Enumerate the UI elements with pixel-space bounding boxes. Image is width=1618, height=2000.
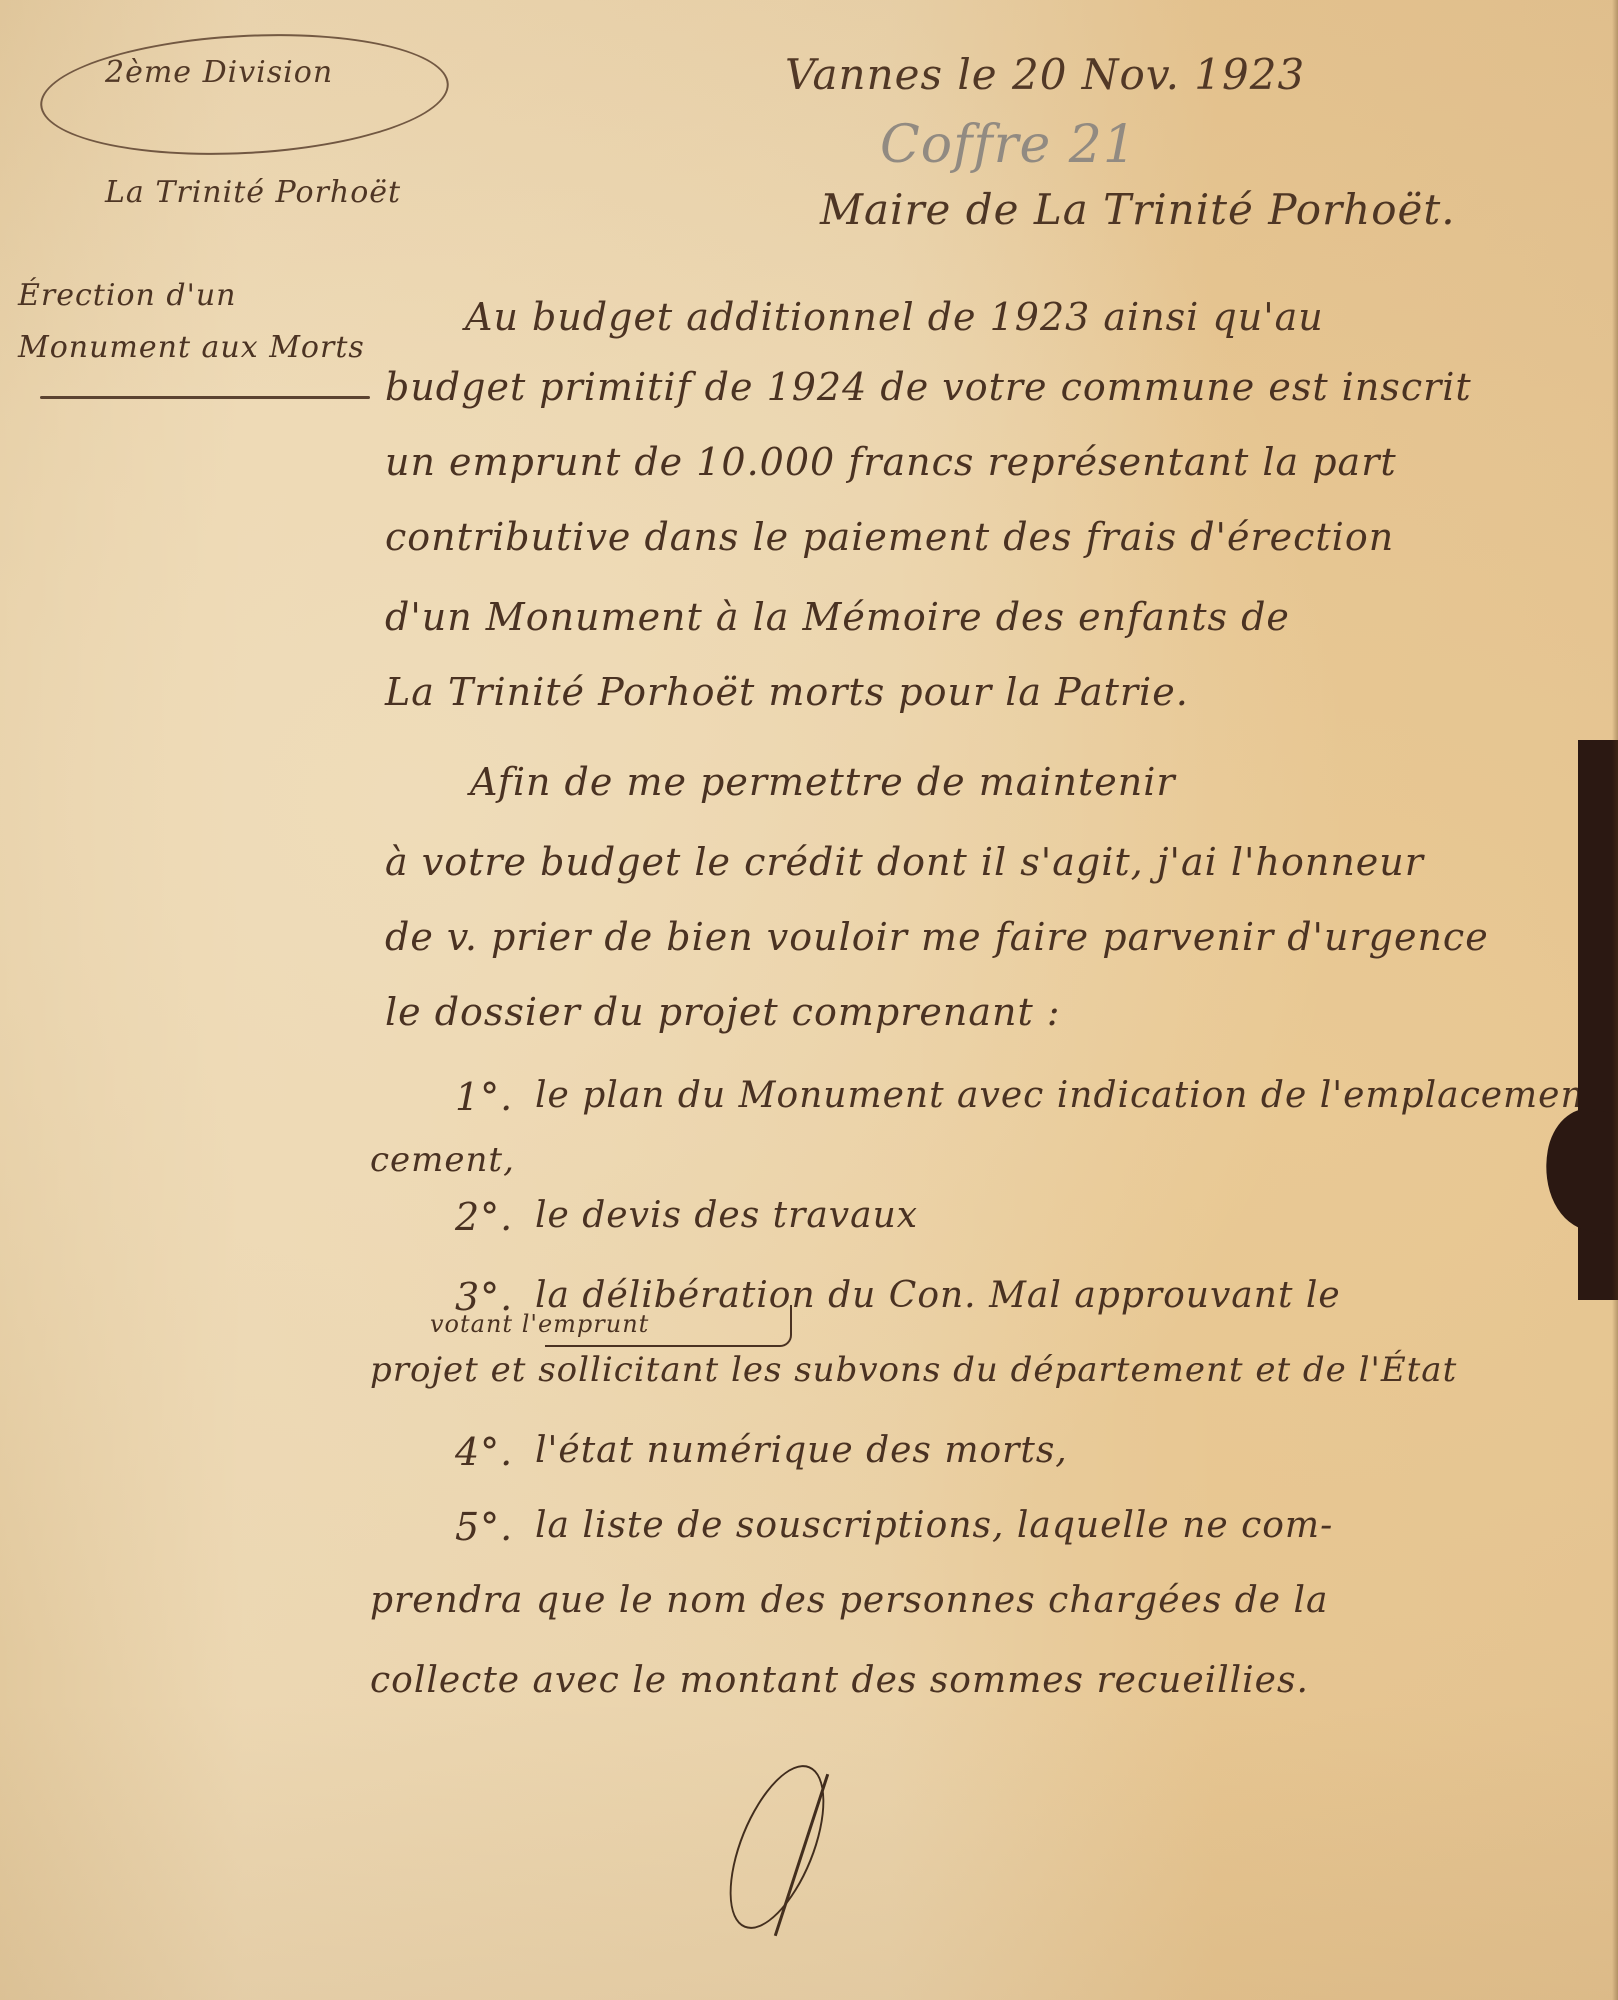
letter-page: 2ème Division La Trinité Porhoët Érectio…: [0, 0, 1618, 2000]
list-item-5-text: la liste de souscriptions, laquelle ne c…: [535, 1505, 1333, 1546]
page-edge-shadow: [1612, 0, 1618, 2000]
body-line: budget primitif de 1924 de votre commune…: [385, 365, 1472, 409]
list-item-3-continuation: projet et sollicitant les subvons du dép…: [370, 1350, 1457, 1390]
division-oval: [37, 24, 452, 164]
list-item-2-label: 2°.: [455, 1195, 513, 1239]
body-line: à votre budget le crédit dont il s'agit,…: [385, 840, 1424, 884]
list-item-5-continuation-1: prendra que le nom des personnes chargée…: [370, 1580, 1329, 1621]
list-item-5-label: 5°.: [455, 1505, 513, 1549]
list-item-2-text: le devis des travaux: [535, 1195, 918, 1236]
body-line: La Trinité Porhoët morts pour la Patrie.: [385, 670, 1189, 714]
body-line: Au budget additionnel de 1923 ainsi qu'a…: [465, 295, 1324, 339]
margin-subject-line1: Érection d'un: [18, 278, 236, 313]
list-item-5-continuation-2: collecte avec le montant des sommes recu…: [370, 1660, 1309, 1701]
insertion-mark: [545, 1305, 792, 1347]
body-line: d'un Monument à la Mémoire des enfants d…: [385, 595, 1290, 639]
body-line: de v. prier de bien vouloir me faire par…: [385, 915, 1489, 959]
body-line: contributive dans le paiement des frais …: [385, 515, 1394, 559]
list-item-1-label: 1°.: [455, 1075, 513, 1119]
place-date: Vannes le 20 Nov. 1923: [785, 50, 1305, 99]
addressee: Maire de La Trinité Porhoët.: [820, 185, 1456, 234]
list-item-1-continuation: cement,: [370, 1140, 515, 1180]
torn-hole: [1535, 1103, 1618, 1237]
pencil-note: Coffre 21: [880, 115, 1137, 175]
margin-commune: La Trinité Porhoët: [105, 175, 401, 210]
margin-subject-line2: Monument aux Morts: [18, 330, 365, 365]
body-line: le dossier du projet comprenant :: [385, 990, 1061, 1034]
list-item-1-text: le plan du Monument avec indication de l…: [535, 1075, 1613, 1116]
body-line: un emprunt de 10.000 francs représentant…: [385, 440, 1397, 484]
margin-divider: [40, 396, 370, 399]
body-line: Afin de me permettre de maintenir: [470, 760, 1176, 804]
list-item-4-text: l'état numérique des morts,: [535, 1430, 1068, 1471]
list-item-4-label: 4°.: [455, 1430, 513, 1474]
margin-division: 2ème Division: [105, 55, 333, 90]
